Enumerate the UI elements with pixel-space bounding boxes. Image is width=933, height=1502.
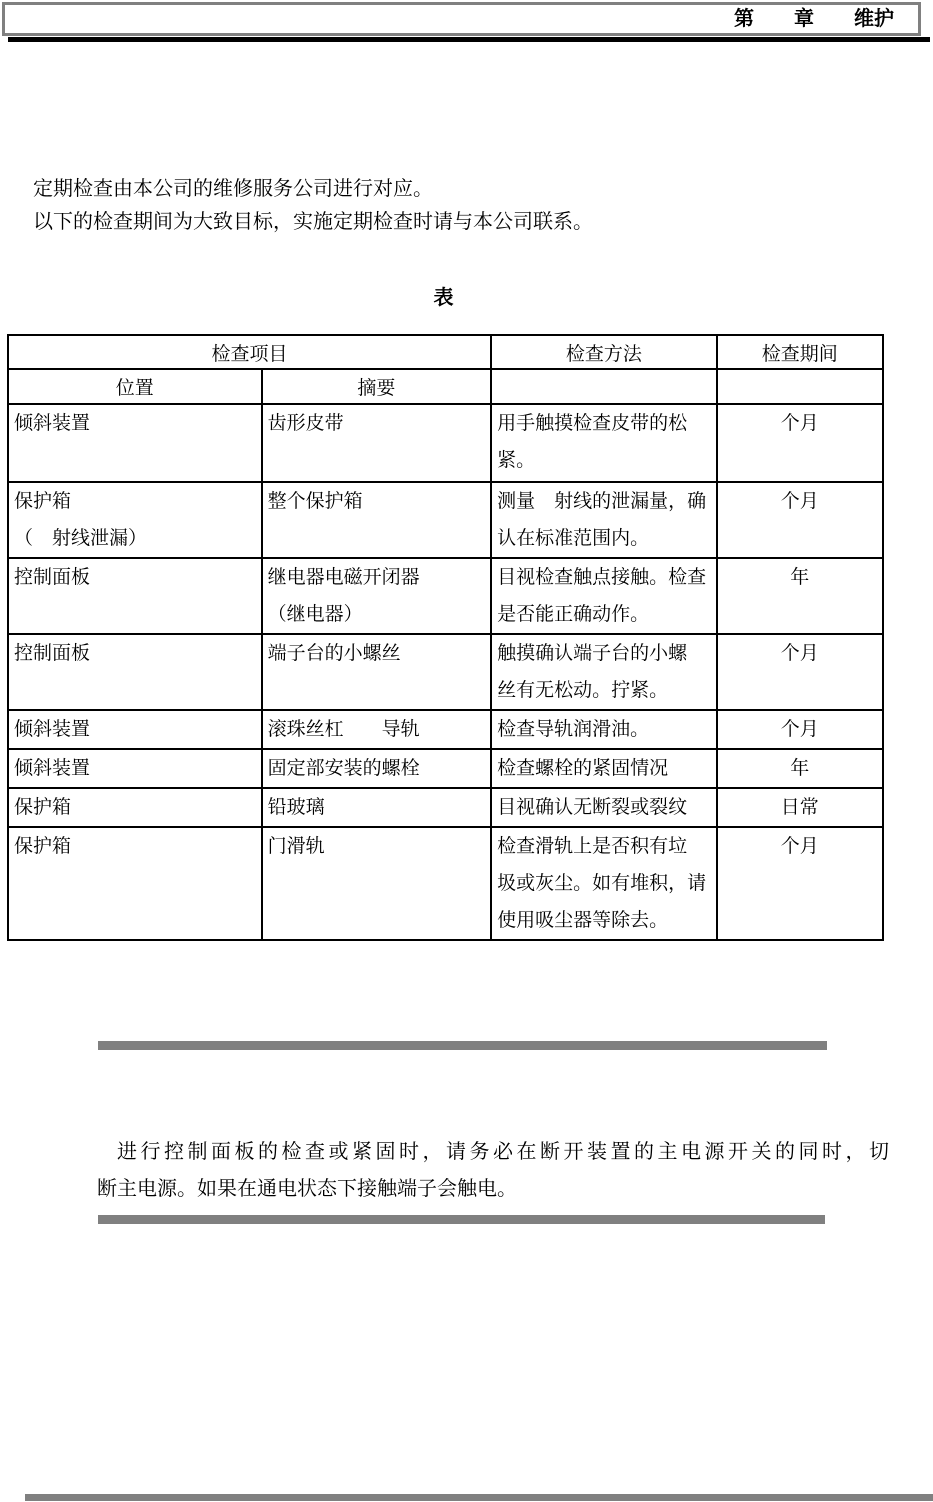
table-row: 倾斜装置 滚珠丝杠 导轨 检查导轨润滑油。 个月 — [8, 710, 883, 749]
table-row: 控制面板 继电器电磁开闭器 （继电器） 目视检查触点接触。检查 是否能正确动作。… — [8, 558, 883, 634]
cell-method: 检查导轨润滑油。 — [491, 710, 717, 749]
warning-top-rule — [98, 1041, 827, 1050]
cell-method: 测量 射线的泄漏量，确 认在标准范围内。 — [491, 482, 717, 558]
table-row: 保护箱 门滑轨 检查滑轨上是否积有垃 圾或灰尘。如有堆积，请 使用吸尘器等除去。… — [8, 827, 883, 940]
table-header-row-sub: 位置 摘要 — [8, 369, 883, 404]
cell-summary: 铅玻璃 — [262, 788, 492, 827]
cell-method: 目视确认无断裂或裂纹 — [491, 788, 717, 827]
cell-period: 个月 — [717, 827, 883, 940]
header-location: 位置 — [8, 369, 262, 404]
table-row: 保护箱 （ 射线泄漏） 整个保护箱 测量 射线的泄漏量，确 认在标准范围内。 个… — [8, 482, 883, 558]
cell-period: 个月 — [717, 710, 883, 749]
cell-summary: 齿形皮带 — [262, 404, 492, 482]
chapter-title: 第 章 维护 — [734, 5, 894, 33]
cell-method: 触摸确认端子台的小螺 丝有无松动。拧紧。 — [491, 634, 717, 710]
cell-period: 个月 — [717, 634, 883, 710]
cell-location: 保护箱 （ 射线泄漏） — [8, 482, 262, 558]
warning-line-2: 断主电源。如果在通电状态下接触端子会触电。 — [97, 1171, 907, 1208]
cell-period: 年 — [717, 749, 883, 788]
cell-period: 个月 — [717, 482, 883, 558]
table-title: 表 — [7, 281, 880, 310]
table-row: 倾斜装置 齿形皮带 用手触摸检查皮带的松 紧。 个月 — [8, 404, 883, 482]
cell-method: 目视检查触点接触。检查 是否能正确动作。 — [491, 558, 717, 634]
inspection-table: 检查项目 检查方法 检查期间 位置 摘要 倾斜装置 齿形皮带 用手触摸检查皮带的… — [7, 334, 884, 941]
header-summary: 摘要 — [262, 369, 492, 404]
cell-location: 保护箱 — [8, 827, 262, 940]
cell-method: 检查螺栓的紧固情况 — [491, 749, 717, 788]
warning-bottom-rule — [98, 1215, 825, 1224]
warning-line-1: 进行控制面板的检查或紧固时，请务必在断开装置的主电源开关的同时，切 — [97, 1134, 907, 1171]
cell-summary: 端子台的小螺丝 — [262, 634, 492, 710]
document-page: 第 章 维护 定期检查由本公司的维修服务公司进行对应。 以下的检查期间为大致目标… — [0, 0, 933, 1502]
warning-text: 进行控制面板的检查或紧固时，请务必在断开装置的主电源开关的同时，切 断主电源。如… — [97, 1134, 907, 1208]
table-header-row-top: 检查项目 检查方法 检查期间 — [8, 335, 883, 369]
cell-location: 倾斜装置 — [8, 710, 262, 749]
table-row: 控制面板 端子台的小螺丝 触摸确认端子台的小螺 丝有无松动。拧紧。 个月 — [8, 634, 883, 710]
cell-method: 用手触摸检查皮带的松 紧。 — [491, 404, 717, 482]
cell-location: 倾斜装置 — [8, 404, 262, 482]
cell-summary: 整个保护箱 — [262, 482, 492, 558]
cell-location: 倾斜装置 — [8, 749, 262, 788]
cell-summary: 滚珠丝杠 导轨 — [262, 710, 492, 749]
header-inspection-period: 检查期间 — [717, 335, 883, 369]
cell-location: 保护箱 — [8, 788, 262, 827]
table-row: 保护箱 铅玻璃 目视确认无断裂或裂纹 日常 — [8, 788, 883, 827]
page-footer-rule — [25, 1494, 933, 1501]
cell-summary: 固定部安装的螺栓 — [262, 749, 492, 788]
cell-summary: 门滑轨 — [262, 827, 492, 940]
cell-location: 控制面板 — [8, 634, 262, 710]
cell-period: 年 — [717, 558, 883, 634]
header-empty-cell — [717, 369, 883, 404]
header-empty-cell — [491, 369, 717, 404]
cell-summary: 继电器电磁开闭器 （继电器） — [262, 558, 492, 634]
cell-period: 个月 — [717, 404, 883, 482]
intro-paragraph: 定期检查由本公司的维修服务公司进行对应。 以下的检查期间为大致目标，实施定期检查… — [33, 173, 593, 239]
table-row: 倾斜装置 固定部安装的螺栓 检查螺栓的紧固情况 年 — [8, 749, 883, 788]
header-inspection-method: 检查方法 — [491, 335, 717, 369]
header-underline — [8, 37, 930, 42]
header-inspection-item: 检查项目 — [8, 335, 491, 369]
cell-location: 控制面板 — [8, 558, 262, 634]
page-header: 第 章 维护 — [2, 2, 921, 36]
cell-method: 检查滑轨上是否积有垃 圾或灰尘。如有堆积，请 使用吸尘器等除去。 — [491, 827, 717, 940]
cell-period: 日常 — [717, 788, 883, 827]
